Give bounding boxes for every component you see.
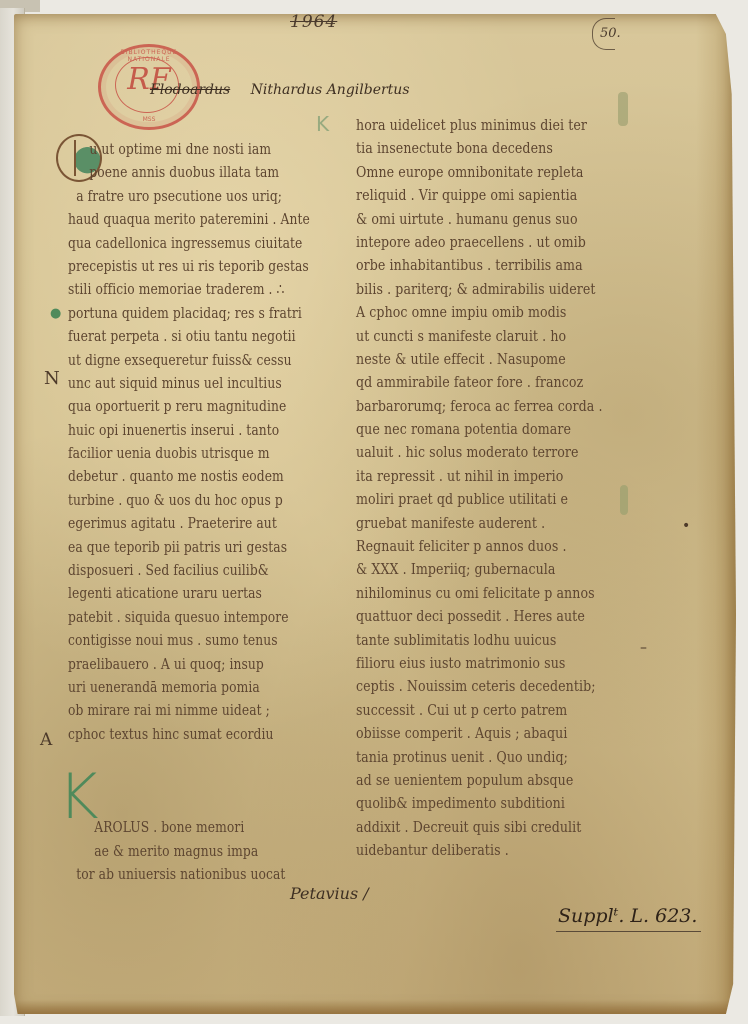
text-line: uri uenerandā memoria pomia	[68, 676, 298, 699]
margin-dot-mark: •	[682, 518, 690, 534]
text-line: contigisse noui mus . sumo tenus	[68, 629, 298, 652]
folio-number: 50.	[600, 26, 621, 41]
text-line: uidebantur deliberatis .	[356, 839, 600, 862]
text-line: debetur . quanto me nostis eodem	[68, 465, 298, 488]
text-column-left: u ut optime mi dne nosti iam poene annis…	[68, 138, 348, 887]
text-line: A cphoc omne impiu omib modis	[356, 301, 600, 324]
text-line: praelibauero . A ui quoq; insup	[68, 653, 298, 676]
text-line: facilior uenia duobis utrisque m	[68, 442, 298, 465]
text-line: ob mirare rai mi nimme uideat ;	[68, 699, 298, 722]
edge-stain-bottom	[14, 1000, 736, 1014]
text-line-karolus: AROLUS . bone memori	[68, 816, 298, 839]
text-line: haud quaqua merito pateremini . Ante	[68, 208, 298, 231]
text-line: stili officio memoriae traderem . ∴	[68, 278, 298, 301]
text-line: ceptis . Nouissim ceteris decedentib;	[356, 675, 600, 698]
text-line: intepore adeo praecellens . ut omib	[356, 231, 600, 254]
text-line: qua cadellonica ingressemus ciuitate	[68, 232, 298, 255]
text-line: tania protinus uenit . Quo undiq;	[356, 746, 600, 769]
text-line: orbe inhabitantibus . terribilis ama	[356, 254, 600, 277]
margin-initial-n: N	[44, 368, 60, 389]
text-line: disposueri . Sed facilius cuilib&	[68, 559, 298, 582]
struck-author-name: Flodoardus	[150, 82, 230, 98]
text-line: egerimus agitatu . Praeterire aut	[68, 512, 298, 535]
author-attribution: Nithardus Angilbertus	[251, 82, 410, 98]
text-line: bilis . pariterq; & admirabilis uideret	[356, 278, 600, 301]
text-line: & omi uirtute . humanu genus suo	[356, 208, 600, 231]
faint-green-initial-k: K	[316, 112, 329, 136]
text-line: ea que teporib pii patris uri gestas	[68, 536, 298, 559]
text-line: portuna quidem placidaq; res s fratri	[68, 302, 298, 325]
text-line: fuerat perpeta . si otiu tantu negotii	[68, 325, 298, 348]
text-line: reliquid . Vir quippe omi sapientia	[356, 184, 600, 207]
text-line: ae & merito magnus impa	[68, 840, 298, 863]
text-line: Regnauit feliciter p annos duos .	[356, 535, 600, 558]
text-line: qd ammirabile fateor fore . francoz	[356, 371, 600, 394]
text-line: hora uidelicet plus minimus diei ter	[356, 114, 600, 137]
text-line: ualuit . hic solus moderato terrore	[356, 441, 600, 464]
text-line: Omne europe omnibonitate repleta	[356, 161, 600, 184]
blank-line	[68, 746, 298, 769]
owner-signature: Petavius /	[290, 884, 369, 903]
text-line: & XXX . Imperiiq; gubernacula	[356, 558, 600, 581]
text-line: successit . Cui ut p certo patrem	[356, 699, 600, 722]
text-line: que nec romana potentia domare	[356, 418, 600, 441]
edge-stain-right	[696, 14, 736, 1014]
top-annotation-number: 1964	[290, 12, 337, 32]
text-line: moliri praet qd publice utilitati e	[356, 488, 600, 511]
text-line: patebit . siquida quesuo intempore	[68, 606, 298, 629]
text-line: barbarorumq; feroca ac ferrea corda .	[356, 395, 600, 418]
text-line: unc aut siquid minus uel incultius	[68, 372, 298, 395]
text-line: quolib& impedimento subditioni	[356, 792, 600, 815]
text-line: tor ab uniuersis nationibus uocat	[68, 863, 298, 886]
text-line: u ut optime mi dne nosti iam	[68, 138, 298, 161]
blank-line	[68, 793, 298, 816]
shelfmark-annotation: Supplᵗ. L. 623.	[556, 905, 701, 932]
text-line: poene annis duobus illata tam	[68, 161, 298, 184]
text-line: legenti aticatione uraru uertas	[68, 582, 298, 605]
text-line: ut digne exsequeretur fuiss& cessu	[68, 349, 298, 372]
text-column-right: hora uidelicet plus minimus diei ter tia…	[356, 114, 646, 863]
text-line: gruebat manifeste auderent .	[356, 512, 600, 535]
margin-initial-o: ●	[50, 306, 61, 321]
text-line: a fratre uro psecutione uos uriq;	[68, 185, 298, 208]
text-line: ita repressit . ut nihil in imperio	[356, 465, 600, 488]
margin-initial-a: A	[40, 730, 52, 750]
title-annotation: Flodoardus Nithardus Angilbertus	[150, 82, 410, 98]
text-line: turbine . quo & uos du hoc opus p	[68, 489, 298, 512]
text-line: qua oportuerit p reru magnitudine	[68, 395, 298, 418]
text-line: obiisse comperit . Aquis ; abaqui	[356, 722, 600, 745]
text-line: tante sublimitatis lodhu uuicus	[356, 629, 600, 652]
seal-bottom-text: MSS	[101, 116, 197, 123]
text-line: precepistis ut res ui ris teporib gestas	[68, 255, 298, 278]
text-line: huic opi inuenertis inserui . tanto	[68, 419, 298, 442]
text-line: cphoc textus hinc sumat ecordiu	[68, 723, 298, 746]
text-line: quattuor deci possedit . Heres aute	[356, 605, 600, 628]
text-line: filioru eius iusto matrimonio sus	[356, 652, 600, 675]
text-line: nihilominus cu omi felicitate p annos	[356, 582, 600, 605]
text-line: addixit . Decreuit quis sibi credulit	[356, 816, 600, 839]
green-initial-k: K	[58, 766, 99, 828]
blank-line	[68, 770, 298, 793]
text-line: neste & utile effecit . Nasupome	[356, 348, 600, 371]
text-line: ut cuncti s manifeste claruit . ho	[356, 325, 600, 348]
text-line: tia insenectute bona decedens	[356, 137, 600, 160]
text-line: ad se uenientem populum absque	[356, 769, 600, 792]
